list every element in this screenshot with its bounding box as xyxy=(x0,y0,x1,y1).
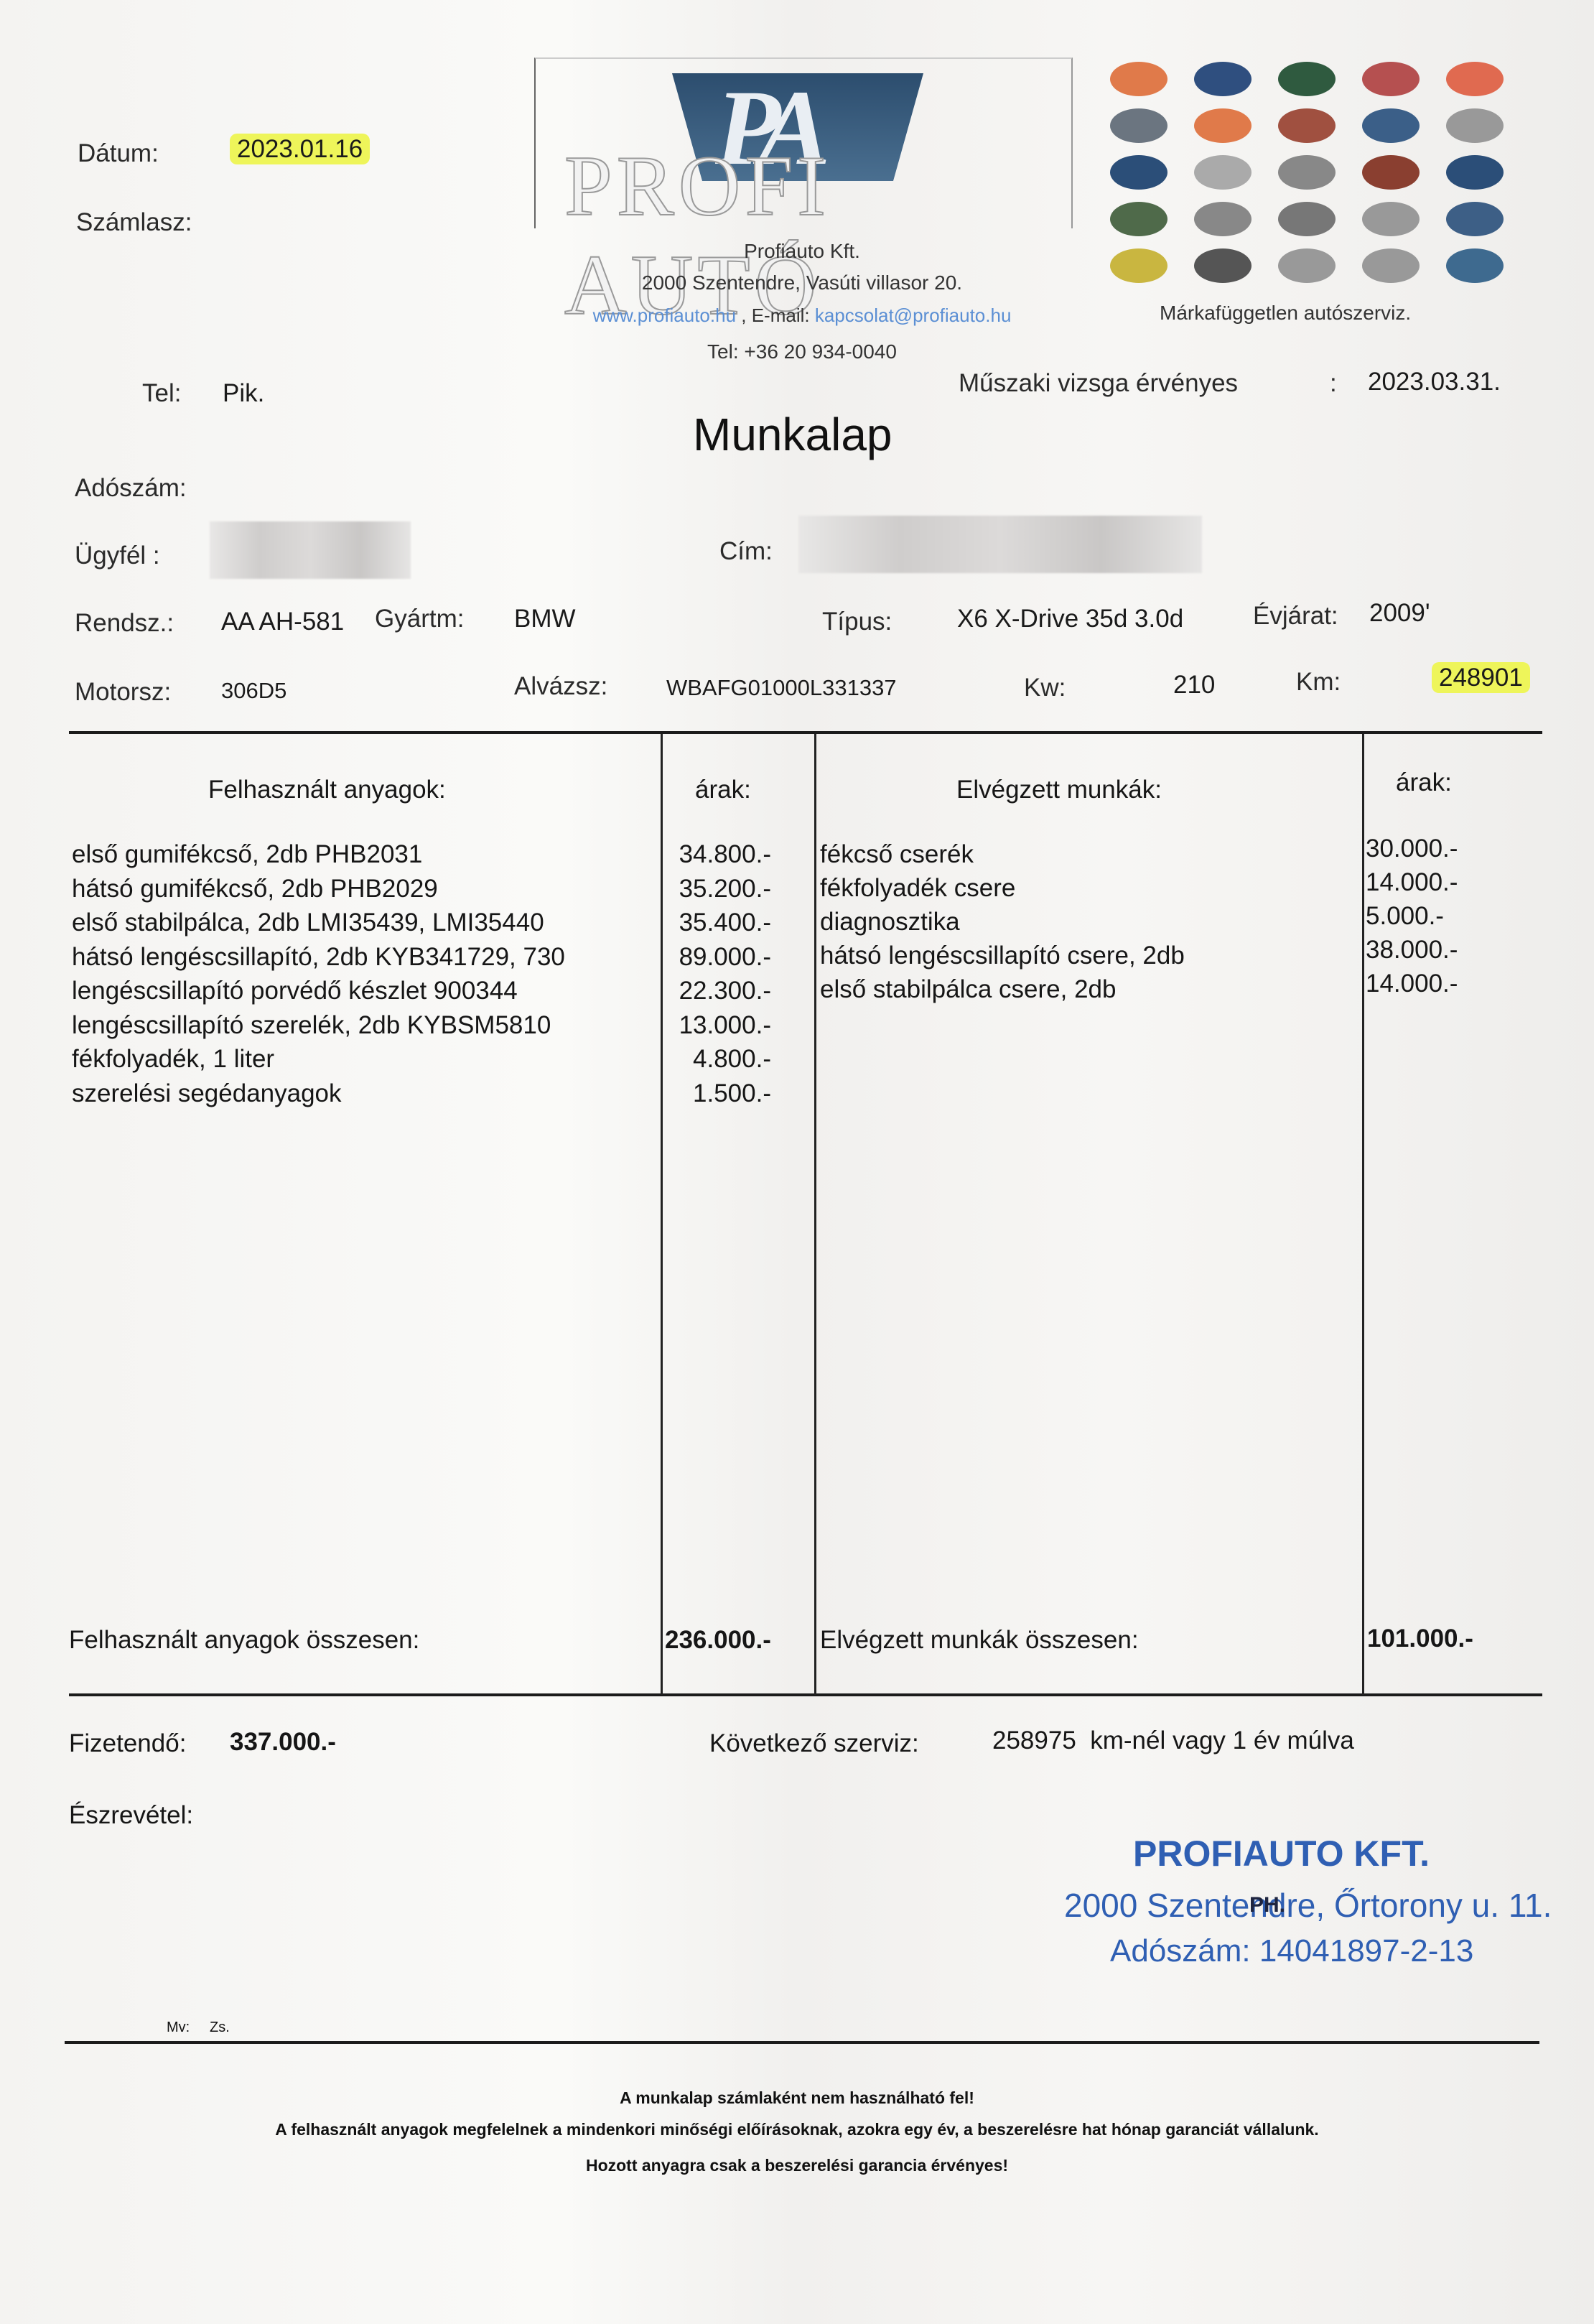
chassis-value: WBAFG01000L331337 xyxy=(666,675,897,701)
work-name: hátsó lengéscsillapító csere, 2db xyxy=(820,942,1185,970)
chassis-label: Alvázsz: xyxy=(514,672,607,701)
subaru-logo-icon xyxy=(1435,151,1515,193)
engine-value: 306D5 xyxy=(221,678,286,704)
payable-amount: 337.000.- xyxy=(230,1728,336,1757)
engine-label: Motorsz: xyxy=(75,678,171,707)
company-address: 2000 Szentendre, Vasúti villasor 20. xyxy=(534,271,1070,294)
material-price: 13.000.- xyxy=(663,1011,771,1040)
work-total: 101.000.- xyxy=(1367,1625,1473,1653)
material-name: fékfolyadék, 1 liter xyxy=(72,1045,274,1074)
alfa-romeo-logo-icon xyxy=(1099,198,1178,241)
website-link[interactable]: www.profiauto.hu xyxy=(593,305,736,326)
material-price: 35.200.- xyxy=(663,875,771,903)
material-name: lengéscsillapító porvédő készlet 900344 xyxy=(72,977,518,1005)
km-highlight: 248901 xyxy=(1432,662,1530,693)
work-price: 38.000.- xyxy=(1366,936,1473,965)
make-value: BMW xyxy=(514,605,576,633)
km-label: Km: xyxy=(1296,668,1341,697)
date-label: Dátum: xyxy=(78,139,159,168)
materials-price-header: árak: xyxy=(695,776,751,804)
work-total-label: Elvégzett munkák összesen: xyxy=(820,1626,1139,1655)
stamp-address: 2000 Szentendre, Őrtorony u. 11. xyxy=(1064,1886,1552,1925)
honda-logo-icon xyxy=(1435,104,1515,147)
hyundai-logo-icon xyxy=(1183,151,1262,193)
company-phone: Tel: +36 20 934-0040 xyxy=(534,340,1070,363)
materials-header: Felhasznált anyagok: xyxy=(208,776,446,804)
renault-logo-icon xyxy=(1183,245,1262,287)
fiat-logo-icon xyxy=(1267,104,1346,147)
materials-total: 236.000.- xyxy=(665,1626,771,1655)
material-price: 89.000.- xyxy=(663,943,771,972)
inspection-date: 2023.03.31. xyxy=(1368,368,1501,396)
company-logo: PA PROFI AUTÓ xyxy=(534,57,1073,228)
email-link[interactable]: kapcsolat@profiauto.hu xyxy=(815,305,1012,326)
mechanic-label: Mv: xyxy=(167,2019,190,2036)
mechanic-value: Zs. xyxy=(210,2019,230,2036)
material-name: lengéscsillapító szerelék, 2db KYBSM5810 xyxy=(72,1011,551,1040)
footer-note-3: Hozott anyagra csak a beszerelési garanc… xyxy=(0,2156,1594,2175)
km-value: 248901 xyxy=(1432,664,1530,692)
nissan-logo-icon xyxy=(1267,198,1346,241)
remark-label: Észrevétel: xyxy=(69,1801,193,1830)
company-contact: www.profiauto.hu , E-mail: kapcsolat@pro… xyxy=(503,305,1101,327)
footer-note-1: A munkalap számlaként nem használható fe… xyxy=(0,2088,1594,2108)
email-label: , E-mail: xyxy=(736,305,815,326)
work-name: diagnosztika xyxy=(820,908,960,936)
saab-logo-icon xyxy=(1183,57,1262,100)
work-price: 14.000.- xyxy=(1366,970,1473,998)
table-top-rule xyxy=(69,731,1542,734)
tax-number-label: Adószám: xyxy=(75,474,187,503)
kw-value: 210 xyxy=(1173,671,1215,699)
column-divider xyxy=(661,734,663,1695)
column-divider xyxy=(1362,734,1364,1695)
inspection-separator: : xyxy=(1330,369,1337,398)
suzuki-logo-icon xyxy=(1099,57,1178,100)
address-label: Cím: xyxy=(719,537,773,566)
kw-label: Kw: xyxy=(1024,674,1066,702)
material-name: első stabilpálca, 2db LMI35439, LMI35440 xyxy=(72,908,544,937)
client-name-redacted xyxy=(210,521,411,579)
citro-n-logo-icon xyxy=(1183,104,1262,147)
tel-label: Tel: xyxy=(142,379,181,408)
material-name: hátsó gumifékcső, 2db PHB2029 xyxy=(72,875,438,903)
material-price: 34.800.- xyxy=(663,840,771,869)
type-label: Típus: xyxy=(822,608,892,636)
brand-logos-grid xyxy=(1099,57,1515,287)
chevrolet-logo-icon xyxy=(1099,245,1178,287)
column-divider xyxy=(814,734,816,1695)
work-price-header: árak: xyxy=(1396,768,1452,797)
work-price: 14.000.- xyxy=(1366,868,1473,897)
table-bottom-rule xyxy=(69,1693,1542,1696)
bmw-logo-icon xyxy=(1099,151,1178,193)
opel-logo-icon xyxy=(1351,198,1431,241)
audi-logo-icon xyxy=(1267,245,1346,287)
plate-label: Rendsz.: xyxy=(75,609,174,638)
work-name: fékcső cserék xyxy=(820,840,974,869)
signature: PH. xyxy=(1249,1893,1285,1918)
mercedes-logo-icon xyxy=(1267,151,1346,193)
volvo-logo-icon xyxy=(1099,104,1178,147)
date-value: 2023.01.16 xyxy=(230,135,370,164)
stamp-tax-number: Adószám: 14041897-2-13 xyxy=(1110,1933,1473,1969)
year-value: 2009' xyxy=(1369,599,1430,628)
work-name: fékfolyadék csere xyxy=(820,874,1015,903)
footer-note-2: A felhasznált anyagok megfelelnek a mind… xyxy=(0,2120,1594,2139)
company-name: Profiauto Kft. xyxy=(534,240,1070,263)
year-label: Évjárat: xyxy=(1253,602,1338,631)
mitsubishi-logo-icon xyxy=(1435,57,1515,100)
document-title: Munkalap xyxy=(693,408,892,461)
kia-logo-icon xyxy=(1351,151,1431,193)
brand-tagline: Márkafüggetlen autószerviz. xyxy=(1160,302,1411,325)
seat-logo-icon xyxy=(1351,57,1431,100)
peugeot-logo-icon xyxy=(1435,198,1515,241)
make-label: Gyártm: xyxy=(375,605,464,633)
material-price: 4.800.- xyxy=(663,1045,771,1074)
next-service-label: Következő szerviz: xyxy=(709,1729,919,1758)
date-highlight: 2023.01.16 xyxy=(230,134,370,164)
work-price: 30.000.- xyxy=(1366,835,1473,863)
mazda-logo-icon xyxy=(1183,198,1262,241)
inspection-label: Műszaki vizsga érvényes xyxy=(959,369,1238,398)
material-name: hátsó lengéscsillapító, 2db KYB341729, 7… xyxy=(72,943,565,972)
material-price: 1.500.- xyxy=(663,1079,771,1108)
client-address-redacted xyxy=(798,516,1202,573)
material-price: 35.400.- xyxy=(663,908,771,937)
invoice-number-label: Számlasz: xyxy=(76,208,192,237)
plate-value: AA AH-581 xyxy=(221,608,344,636)
stamp-company: PROFIAUTO KFT. xyxy=(1133,1833,1430,1874)
tel-value: Pik. xyxy=(223,379,264,408)
material-name: első gumifékcső, 2db PHB2031 xyxy=(72,840,422,869)
work-price: 5.000.- xyxy=(1366,902,1473,931)
vw-logo-icon xyxy=(1435,245,1515,287)
toyota-logo-icon xyxy=(1351,245,1431,287)
ford-logo-icon xyxy=(1351,104,1431,147)
work-name: első stabilpálca csere, 2db xyxy=(820,975,1116,1004)
type-value: X6 X-Drive 35d 3.0d xyxy=(957,605,1183,633)
footer-rule xyxy=(65,2041,1539,2044)
client-label: Ügyfél : xyxy=(75,542,160,570)
next-service-value: 258975 km-nél vagy 1 év múlva xyxy=(992,1726,1354,1755)
skoda-logo-icon xyxy=(1267,57,1346,100)
materials-total-label: Felhasznált anyagok összesen: xyxy=(69,1626,419,1655)
material-price: 22.300.- xyxy=(663,977,771,1005)
work-header: Elvégzett munkák: xyxy=(956,776,1162,804)
payable-label: Fizetendő: xyxy=(69,1729,186,1758)
material-name: szerelési segédanyagok xyxy=(72,1079,342,1108)
